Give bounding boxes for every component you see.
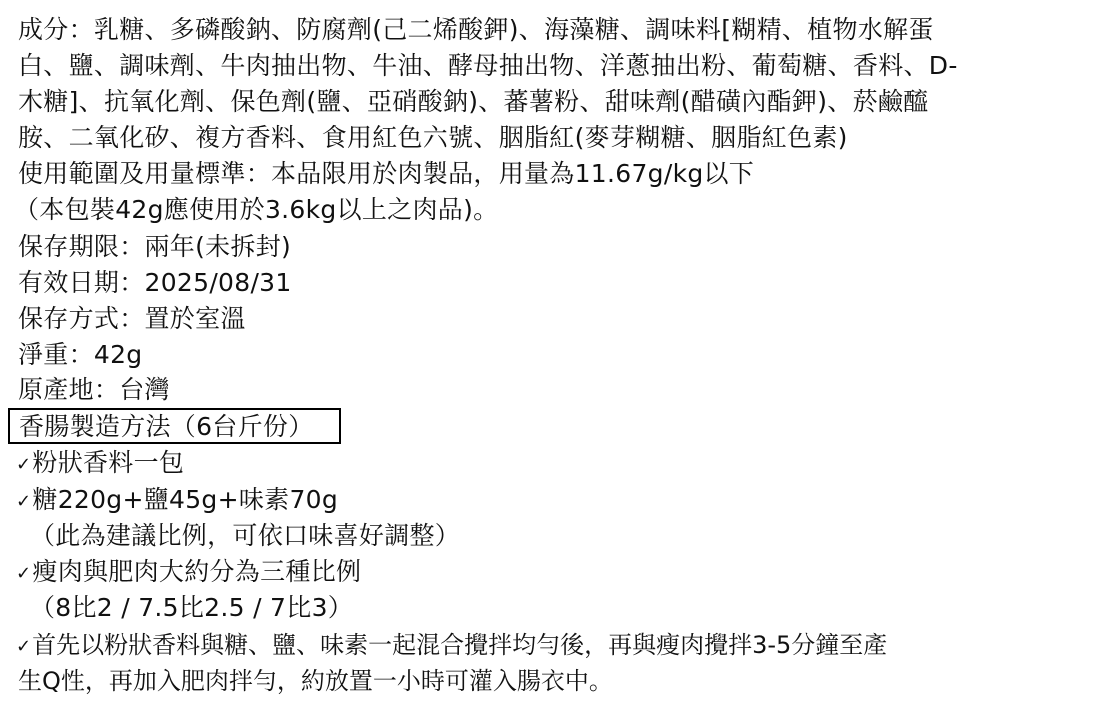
recipe-step-text: 粉狀香料一包 xyxy=(32,448,184,477)
usage-line-2: （本包裝42g應使用於3.6kg以上之肉品)。 xyxy=(14,192,498,228)
recipe-step-text: 糖220g+鹽45g+味素70g xyxy=(32,485,338,514)
ingredients-line-1: 成分：乳糖、多磷酸鈉、防腐劑(己二烯酸鉀)、海藻糖、調味料[糊精、植物水解蛋 xyxy=(18,12,934,48)
recipe-step-4-continuation: 生Q性，再加入肥肉拌勻，約放置一小時可灌入腸衣中。 xyxy=(18,663,613,699)
storage-method: 保存方式：置於室溫 xyxy=(18,301,246,337)
recipe-step-2: ✓糖220g+鹽45g+味素70g xyxy=(16,482,338,518)
origin: 原產地：台灣 xyxy=(18,372,170,408)
recipe-title-box: 香腸製造方法（6台斤份） xyxy=(8,408,341,444)
recipe-step-4: ✓首先以粉狀香料與糖、鹽、味素一起混合攪拌均勻後，再與瘦肉攪拌3-5分鐘至產 xyxy=(16,627,887,663)
recipe-title: 香腸製造方法（6台斤份） xyxy=(19,409,314,445)
recipe-step-3: ✓瘦肉與肥肉大約分為三種比例 xyxy=(16,554,361,590)
ingredients-line-4: 胺、二氧化矽、複方香料、食用紅色六號、胭脂紅(麥芽糊糖、胭脂紅色素) xyxy=(18,120,848,156)
recipe-step-1: ✓粉狀香料一包 xyxy=(16,445,184,481)
usage-line-1: 使用範圍及用量標準：本品限用於肉製品，用量為11.67g/kg以下 xyxy=(18,156,754,192)
ingredients-line-3: 木糖]、抗氧化劑、保色劑(鹽、亞硝酸鈉)、蕃薯粉、甜味劑(醋磺內酯鉀)、菸鹼醯 xyxy=(18,84,928,120)
checkmark-icon: ✓ xyxy=(16,629,31,665)
ingredients-line-2: 白、鹽、調味劑、牛肉抽出物、牛油、酵母抽出物、洋蔥抽出粉、葡萄糖、香料、D- xyxy=(18,48,958,84)
expiry-date: 有效日期：2025/08/31 xyxy=(18,265,292,301)
checkmark-icon: ✓ xyxy=(16,484,31,520)
recipe-step-3-note: （8比2 / 7.5比2.5 / 7比3） xyxy=(30,590,353,626)
recipe-step-text: 首先以粉狀香料與糖、鹽、味素一起混合攪拌均勻後，再與瘦肉攪拌3-5分鐘至產 xyxy=(32,631,887,659)
recipe-step-2-note: （此為建議比例，可依口味喜好調整） xyxy=(30,518,460,554)
net-weight: 淨重：42g xyxy=(18,337,142,373)
shelf-life: 保存期限：兩年(未拆封) xyxy=(18,229,291,265)
recipe-step-text: 瘦肉與肥肉大約分為三種比例 xyxy=(32,557,361,586)
checkmark-icon: ✓ xyxy=(16,447,31,483)
checkmark-icon: ✓ xyxy=(16,556,31,592)
